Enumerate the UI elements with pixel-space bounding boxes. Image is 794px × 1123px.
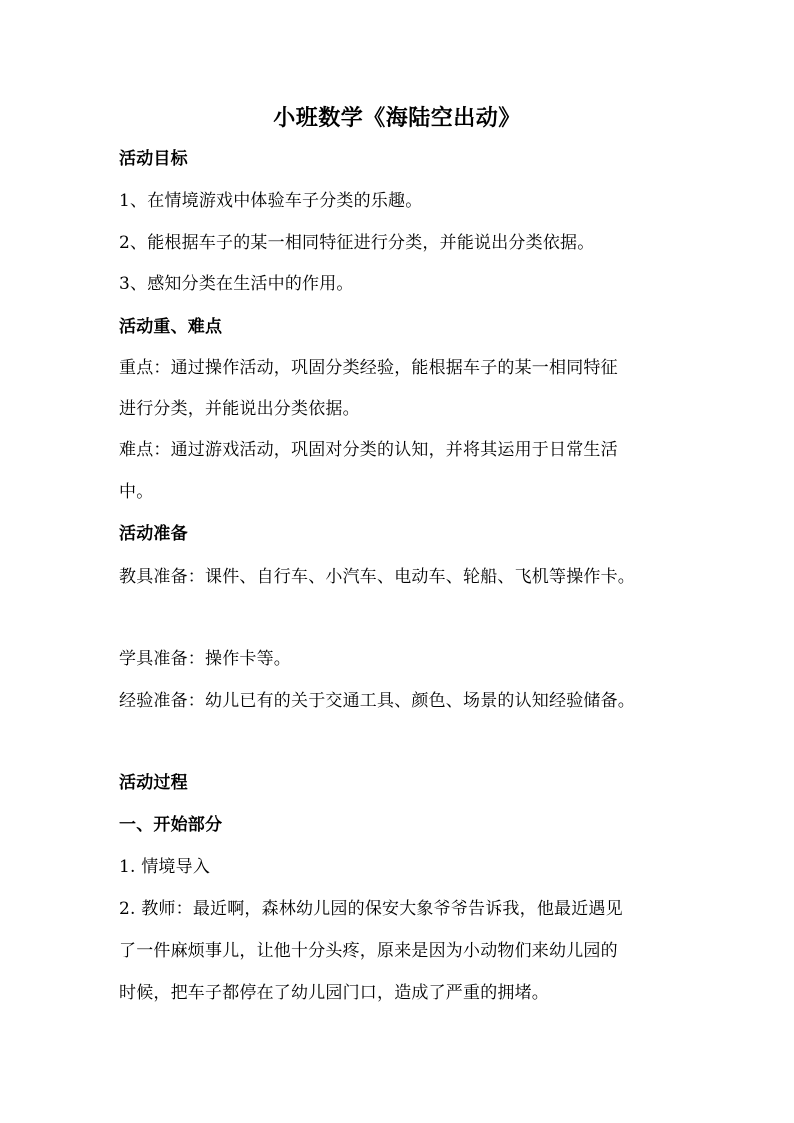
goal-item-2: 2、能根据车子的某一相同特征进行分类，并能说出分类依据。 [119, 232, 594, 254]
step-1-text: 1. 情境导入 [119, 856, 210, 878]
step-2-text-line-2: 了一件麻烦事儿，让他十分头疼，原来是因为小动物们来幼儿园的 [119, 940, 618, 962]
section-heading-process: 活动过程 [119, 772, 188, 794]
focus-text-line-1: 重点：通过操作活动，巩固分类经验，能根据车子的某一相同特征 [119, 357, 618, 379]
step-2-text-line-3: 时候，把车子都停在了幼儿园门口，造成了严重的拥堵。 [119, 982, 549, 1004]
section-heading-goals: 活动目标 [119, 148, 188, 170]
part1-heading: 一、开始部分 [119, 814, 222, 836]
document-title: 小班数学《海陆空出动》 [0, 104, 794, 132]
focus-text-line-2: 进行分类，并能说出分类依据。 [119, 398, 360, 420]
difficulty-text-line-1: 难点：通过游戏活动，巩固对分类的认知，并将其运用于日常生活 [119, 439, 618, 461]
difficulty-text-line-2: 中。 [119, 481, 153, 503]
document-page: 小班数学《海陆空出动》 活动目标 1、在情境游戏中体验车子分类的乐趣。 2、能根… [0, 0, 794, 1123]
section-heading-preparation: 活动准备 [119, 523, 188, 545]
experience-text: 经验准备：幼儿已有的关于交通工具、颜色、场景的认知经验储备。 [119, 690, 635, 712]
learning-aids-text: 学具准备：操作卡等。 [119, 648, 291, 670]
step-2-text-line-1: 2. 教师：最近啊，森林幼儿园的保安大象爷爷告诉我，他最近遇见 [119, 898, 623, 920]
goal-item-3: 3、感知分类在生活中的作用。 [119, 273, 354, 295]
goal-item-1: 1、在情境游戏中体验车子分类的乐趣。 [119, 190, 422, 212]
teaching-aids-text: 教具准备：课件、自行车、小汽车、电动车、轮船、飞机等操作卡。 [119, 566, 635, 588]
section-heading-key-points: 活动重、难点 [119, 316, 222, 338]
